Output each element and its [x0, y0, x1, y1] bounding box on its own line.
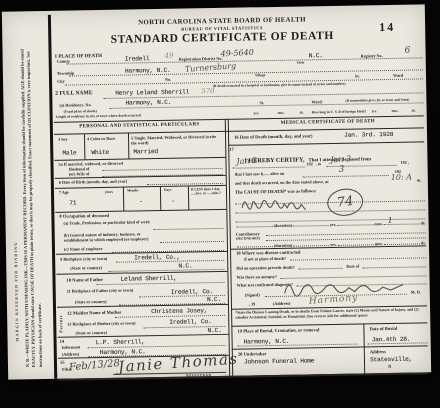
undertaker-address-value: Statesville, — [370, 356, 412, 364]
city-st-label: St. — [355, 73, 360, 79]
secondary-label: (SECONDARY) — [236, 236, 260, 241]
age-label: 7 Age — [59, 190, 69, 196]
dotted-line — [266, 232, 426, 236]
undertaker-address-value-2: N — [388, 364, 391, 370]
rule-line — [54, 157, 225, 161]
date-of-label: Date of — [346, 264, 359, 270]
marital-value: Married — [133, 148, 158, 155]
cause-code-value: 74 — [336, 194, 354, 211]
ds-label: ds. — [300, 110, 304, 114]
undertaker-value: Johnson Funeral Home — [244, 357, 314, 365]
cause-footnote: *State the Disease Causing Death, or in … — [235, 307, 423, 320]
cause-of-death-handwriting-scrawl — [239, 193, 324, 212]
scanned-death-certificate: MARGIN RESERVED FOR BINDING N. B.—WRITE … — [0, 0, 440, 408]
full-name-handwriting: 570 — [201, 87, 215, 95]
undertaker-label: 20 Undertaker — [238, 351, 267, 357]
occupation-c-label: (c) Name of employer — [64, 246, 103, 252]
dotted-line — [298, 268, 342, 270]
dotted-line — [368, 342, 428, 344]
place-of-burial-label: 19 Place of Burial, Cremation, or remova… — [237, 327, 355, 335]
margin-binding-text: MARGIN RESERVED FOR BINDING — [9, 42, 19, 342]
dotted-line — [97, 282, 225, 285]
father-name-label: 10 Name of Father — [66, 277, 103, 284]
full-name-label: 2 FULL NAME — [55, 90, 92, 98]
duration-days-handwriting: 1 — [387, 216, 392, 225]
dotted-line — [303, 175, 389, 178]
date-of-death-label: 16 Date of Death (month, day, and year) — [234, 133, 313, 140]
death-occurred-label: and that death occurred, on the date sta… — [235, 179, 329, 186]
father-birthplace-label: 11 Birthplace of Father (city or town) — [67, 287, 134, 294]
year-19-label: 192 — [306, 161, 312, 167]
dotted-filler — [337, 224, 373, 227]
year-19-blank-label: , 19 — [249, 301, 255, 307]
dotted-line — [290, 257, 426, 260]
filed-number: 15 — [60, 360, 65, 366]
year-19-label-2: 192 , — [400, 160, 408, 166]
mos-label: mos. — [278, 111, 285, 115]
city-label: City — [57, 79, 65, 85]
mother-birthplace-label: 13 Birthplace of Mother (city or town) — [67, 320, 135, 327]
sex-value: Male — [62, 149, 76, 156]
state-label: State — [297, 60, 305, 65]
months-value: - — [139, 198, 143, 205]
item-17-number: 17 — [229, 147, 234, 153]
village-label: Village — [255, 73, 265, 78]
certificate-page: MARGIN RESERVED FOR BINDING N. B.—WRITE … — [2, 4, 431, 379]
birthplace-label: 9 Birthplace (city or town) — [60, 256, 107, 262]
yrs-label-2: yrs. — [372, 109, 378, 113]
dotted-line — [160, 241, 224, 243]
age-years-label: years — [105, 190, 113, 195]
race-value: White — [91, 149, 109, 156]
physician-address-handwriting: Harmony — [309, 293, 359, 306]
attended-from-handwriting: Jan 3 — [236, 156, 257, 166]
yrs-label: yrs. — [254, 111, 260, 115]
dotted-line — [103, 168, 223, 171]
operation-label: Did an operation precede death? — [236, 265, 294, 271]
rule-line — [56, 271, 227, 275]
father-state-label: (State or country) — [75, 299, 107, 305]
residence-value: Harmony, N.C. — [125, 99, 171, 107]
disease-contracted-label-2: if not at place of death? — [244, 256, 286, 262]
duration-mos-label: mos. — [374, 221, 382, 227]
autopsy-label: Was there an autopsy? — [236, 274, 277, 280]
marital-label: 5 Single, Married, Widowed, or Divorced … — [131, 134, 221, 146]
district-label: Registration District No. — [179, 56, 223, 62]
sex-label: 3 Sex — [58, 137, 68, 143]
undertaker-address-label: Address — [370, 349, 386, 355]
filed-date-handwriting: Feb/13/28 — [69, 358, 121, 373]
to-label: , to — [315, 161, 321, 167]
cell-divider — [160, 186, 161, 210]
dotted-line — [327, 165, 397, 167]
rule-line — [228, 141, 424, 145]
margin-note-text: N. B.—WRITE PLAINLY, WITH UNFADING INK—T… — [19, 31, 53, 367]
state-or-country-label: (State or country) — [70, 265, 102, 271]
howlong-label: How long in U. S. if of foreign birth? — [312, 109, 367, 114]
last-saw-handwriting: 3 — [339, 165, 345, 175]
cell-divider — [123, 187, 124, 211]
age-value: 71 — [69, 199, 76, 206]
residence-label: (a) Residence. No. — [59, 102, 91, 108]
cell-divider — [128, 134, 129, 159]
county-value: Iredell — [125, 55, 150, 62]
days-label: Days — [164, 188, 171, 193]
dob-label: 6 Date of Birth (month, day, and year) — [59, 179, 127, 186]
cell-divider — [363, 323, 365, 373]
dotted-filler — [237, 225, 273, 228]
county-handwriting: 49 — [165, 52, 174, 60]
physician-address-label: (Address) — [273, 301, 290, 307]
cell-divider — [84, 134, 85, 159]
ds-label-2: ds. — [412, 109, 416, 113]
dotted-line — [154, 228, 224, 230]
residence-ward-label: Ward. — [311, 99, 322, 105]
md-label: M. D. — [411, 289, 421, 295]
dotted-line — [116, 260, 224, 263]
duration-label: (duration) — [273, 223, 291, 229]
cause-code-circle: 74 — [326, 187, 365, 218]
last-saw-label: that I last saw h...... alive on — [235, 171, 285, 177]
dotted-filler — [293, 224, 329, 227]
date-of-death-value: Jan. 3rd. 1928 — [344, 131, 393, 139]
occupation-b-label: (b) General nature of industry, business… — [64, 231, 156, 244]
dotted-line — [69, 69, 423, 76]
full-name-value: Henry Leland Sherrill — [115, 88, 189, 96]
certificate-number-stamp: 14 — [379, 20, 395, 35]
informant-address-label: (Address) — [62, 351, 79, 357]
rule-line — [55, 209, 226, 213]
race-label: 4 Color or Race — [87, 136, 115, 142]
township-value: Harmony, N.C. — [125, 67, 171, 75]
band-left-title: PERSONAL AND STATISTICAL PARTICULARS — [54, 122, 225, 130]
duration-yrs-label: yrs. — [330, 222, 337, 228]
mother-birthplace-value: Iredell, Co. — [169, 318, 211, 326]
days-value: - — [171, 198, 175, 205]
less-than-label: If LESS than 1 day, ......hrs. or ......… — [191, 187, 224, 196]
residence-st-label: St. — [259, 100, 264, 106]
length-residence-label: Length of residence in city or town wher… — [56, 113, 141, 119]
parents-group-label: Parents — [57, 277, 63, 333]
occupation-a-label: (a) Trade, Profession, or particular kin… — [63, 219, 151, 226]
form-area: NORTH CAROLINA STATE BOARD OF HEALTH BUR… — [52, 4, 430, 380]
city-no-label: No. — [165, 77, 171, 83]
state-value: N.C. — [309, 52, 323, 59]
cell-divider — [188, 185, 189, 209]
m-label: m. — [417, 177, 422, 183]
wife-of-label: (or) Wife of — [69, 171, 90, 177]
occupation-label: 8 Occupation of deceased — [59, 213, 109, 220]
date-of-burial-label: Date of Burial — [369, 326, 397, 332]
city-ward-label: Ward — [393, 73, 403, 79]
mother-name-label: 12 Maiden Name of Mother — [67, 310, 121, 317]
township-label: Township — [57, 70, 74, 76]
mos-label-2: mos. — [392, 109, 399, 113]
informant-label: Informant — [62, 344, 81, 350]
county-label: County — [57, 59, 70, 65]
dotted-line — [233, 166, 305, 168]
register-no-handwriting: 6 — [404, 46, 410, 56]
informant-value: L.P. Sherrill, — [96, 338, 145, 346]
mother-name-value: Christena Josey, — [151, 307, 207, 315]
register-no-label: Register No. — [361, 53, 383, 59]
attended-to-handwriting: Jan 3 — [330, 154, 351, 164]
district-handwriting: 49-5640 — [220, 48, 254, 59]
dotted-line — [362, 266, 426, 268]
time-of-death-handwriting: 10: A — [391, 173, 412, 182]
duration-ds-label: ds. — [421, 220, 426, 226]
father-name-value: Leland Sherrill, — [120, 275, 176, 283]
signed-label: (Signed) — [245, 292, 260, 298]
months-label: Months — [127, 188, 139, 193]
